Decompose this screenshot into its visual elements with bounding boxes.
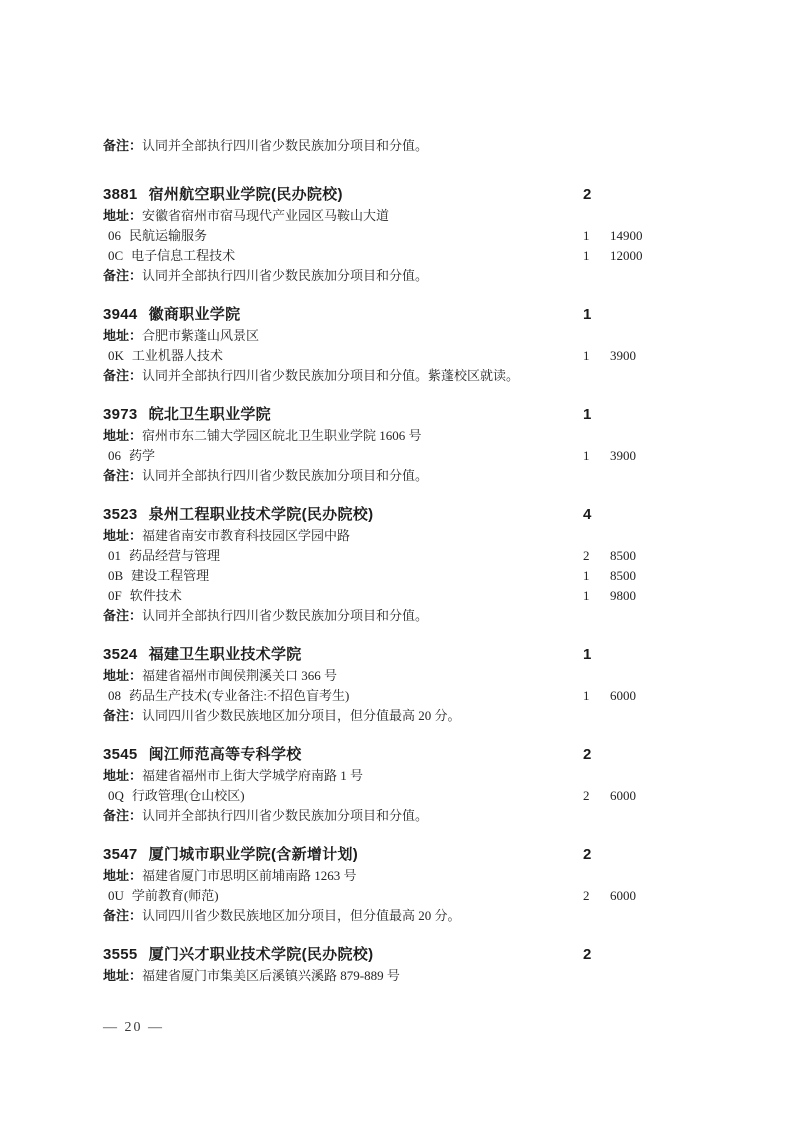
school-block-3547: 3547厦门城市职业学院(含新增计划) 2 地址：福建省厦门市思明区前埔南路 1… bbox=[0, 844, 794, 926]
school-code: 3547 bbox=[103, 846, 138, 863]
school-remark: 认同四川省少数民族地区加分项目，但分值最高 20 分。 bbox=[142, 908, 461, 923]
major-row: 0C电子信息工程技术 1 12000 bbox=[0, 246, 794, 266]
major-code: 0F bbox=[108, 588, 122, 603]
major-fee: 8500 bbox=[610, 546, 636, 566]
major-name: 药学 bbox=[129, 448, 155, 463]
remark-label: 备注： bbox=[103, 268, 142, 283]
major-fee: 6000 bbox=[610, 686, 636, 706]
school-remark: 认同并全部执行四川省少数民族加分项目和分值。 bbox=[142, 608, 428, 623]
school-remark-row: 备注：认同并全部执行四川省少数民族加分项目和分值。紫蓬校区就读。 bbox=[0, 366, 794, 386]
major-fee: 12000 bbox=[610, 246, 643, 266]
address-label: 地址： bbox=[103, 668, 142, 683]
remark-label: 备注： bbox=[103, 908, 142, 923]
major-fee: 9800 bbox=[610, 586, 636, 606]
school-address-row: 地址：福建省厦门市思明区前埔南路 1263 号 bbox=[0, 866, 794, 886]
address-label: 地址： bbox=[103, 968, 142, 983]
school-plan-count: 2 bbox=[583, 944, 592, 966]
address-label: 地址： bbox=[103, 208, 142, 223]
school-code: 3973 bbox=[103, 406, 138, 423]
major-code: 0C bbox=[108, 248, 123, 263]
school-block-3973: 3973皖北卫生职业学院 1 地址：宿州市东二铺大学园区皖北卫生职业学院 160… bbox=[0, 404, 794, 486]
school-code: 3944 bbox=[103, 306, 138, 323]
document-page: 备注：认同并全部执行四川省少数民族加分项目和分值。 3881宿州航空职业学院(民… bbox=[0, 0, 794, 1123]
major-count: 1 bbox=[583, 446, 590, 466]
school-plan-count: 1 bbox=[583, 404, 592, 426]
page-content: 备注：认同并全部执行四川省少数民族加分项目和分值。 3881宿州航空职业学院(民… bbox=[0, 136, 794, 986]
school-title-row: 3555厦门兴才职业技术学院(民办院校) 2 bbox=[0, 944, 794, 966]
major-row: 08药品生产技术(专业备注:不招色盲考生) 1 6000 bbox=[0, 686, 794, 706]
major-code: 08 bbox=[108, 688, 121, 703]
major-name: 药品生产技术(专业备注:不招色盲考生) bbox=[129, 688, 349, 703]
major-code: 0Q bbox=[108, 788, 124, 803]
major-name: 电子信息工程技术 bbox=[131, 248, 235, 263]
major-code: 0K bbox=[108, 348, 124, 363]
major-row: 0F软件技术 1 9800 bbox=[0, 586, 794, 606]
major-count: 1 bbox=[583, 686, 590, 706]
major-name: 软件技术 bbox=[130, 588, 182, 603]
school-remark: 认同四川省少数民族地区加分项目，但分值最高 20 分。 bbox=[142, 708, 461, 723]
major-row: 0U学前教育(师范) 2 6000 bbox=[0, 886, 794, 906]
school-plan-count: 4 bbox=[583, 504, 592, 526]
remark-label: 备注： bbox=[103, 708, 142, 723]
major-count: 2 bbox=[583, 546, 590, 566]
school-plan-count: 2 bbox=[583, 744, 592, 766]
school-address-row: 地址：福建省福州市上街大学城学府南路 1 号 bbox=[0, 766, 794, 786]
major-code: 06 bbox=[108, 448, 121, 463]
major-fee: 3900 bbox=[610, 346, 636, 366]
address-label: 地址： bbox=[103, 328, 142, 343]
school-title-row: 3944徽商职业学院 1 bbox=[0, 304, 794, 326]
school-address-row: 地址：福建省厦门市集美区后溪镇兴溪路 879-889 号 bbox=[0, 966, 794, 986]
major-code: 06 bbox=[108, 228, 121, 243]
carryover-remark-row: 备注：认同并全部执行四川省少数民族加分项目和分值。 bbox=[0, 136, 794, 156]
page-footer: — 20 — bbox=[103, 1020, 164, 1036]
major-code: 01 bbox=[108, 548, 121, 563]
major-name: 建设工程管理 bbox=[131, 568, 209, 583]
major-row: 06民航运输服务 1 14900 bbox=[0, 226, 794, 246]
school-plan-count: 2 bbox=[583, 844, 592, 866]
school-block-3524: 3524福建卫生职业技术学院 1 地址：福建省福州市闽侯荆溪关口 366 号 0… bbox=[0, 644, 794, 726]
major-count: 1 bbox=[583, 566, 590, 586]
school-name: 福建卫生职业技术学院 bbox=[149, 646, 302, 663]
school-name: 徽商职业学院 bbox=[149, 306, 241, 323]
major-name: 工业机器人技术 bbox=[132, 348, 223, 363]
major-count: 2 bbox=[583, 786, 590, 806]
major-count: 1 bbox=[583, 226, 590, 246]
school-remark-row: 备注：认同四川省少数民族地区加分项目，但分值最高 20 分。 bbox=[0, 706, 794, 726]
school-title-row: 3881宿州航空职业学院(民办院校) 2 bbox=[0, 184, 794, 206]
school-remark-row: 备注：认同并全部执行四川省少数民族加分项目和分值。 bbox=[0, 606, 794, 626]
school-code: 3555 bbox=[103, 946, 138, 963]
school-block-3555: 3555厦门兴才职业技术学院(民办院校) 2 地址：福建省厦门市集美区后溪镇兴溪… bbox=[0, 944, 794, 986]
school-remark: 认同并全部执行四川省少数民族加分项目和分值。 bbox=[142, 468, 428, 483]
school-code: 3881 bbox=[103, 186, 138, 203]
school-name: 皖北卫生职业学院 bbox=[149, 406, 271, 423]
remark-label: 备注： bbox=[103, 808, 142, 823]
address-label: 地址： bbox=[103, 768, 142, 783]
remark-label: 备注： bbox=[103, 468, 142, 483]
major-row: 0Q行政管理(仓山校区) 2 6000 bbox=[0, 786, 794, 806]
school-block-3944: 3944徽商职业学院 1 地址：合肥市紫蓬山风景区 0K工业机器人技术 1 39… bbox=[0, 304, 794, 386]
school-remark-row: 备注：认同并全部执行四川省少数民族加分项目和分值。 bbox=[0, 266, 794, 286]
school-address: 福建省厦门市集美区后溪镇兴溪路 879-889 号 bbox=[142, 968, 400, 983]
major-code: 0B bbox=[108, 568, 123, 583]
school-remark-row: 备注：认同四川省少数民族地区加分项目，但分值最高 20 分。 bbox=[0, 906, 794, 926]
major-row: 01药品经营与管理 2 8500 bbox=[0, 546, 794, 566]
school-address-row: 地址：福建省南安市教育科技园区学园中路 bbox=[0, 526, 794, 546]
major-fee: 14900 bbox=[610, 226, 643, 246]
school-remark: 认同并全部执行四川省少数民族加分项目和分值。 bbox=[142, 808, 428, 823]
school-block-3523: 3523泉州工程职业技术学院(民办院校) 4 地址：福建省南安市教育科技园区学园… bbox=[0, 504, 794, 626]
school-remark-row: 备注：认同并全部执行四川省少数民族加分项目和分值。 bbox=[0, 466, 794, 486]
address-label: 地址： bbox=[103, 528, 142, 543]
school-name: 厦门兴才职业技术学院(民办院校) bbox=[149, 946, 374, 963]
school-code: 3545 bbox=[103, 746, 138, 763]
school-remark-row: 备注：认同并全部执行四川省少数民族加分项目和分值。 bbox=[0, 806, 794, 826]
major-count: 2 bbox=[583, 886, 590, 906]
address-label: 地址： bbox=[103, 428, 142, 443]
major-name: 民航运输服务 bbox=[129, 228, 207, 243]
major-fee: 6000 bbox=[610, 786, 636, 806]
school-title-row: 3524福建卫生职业技术学院 1 bbox=[0, 644, 794, 666]
school-address-row: 地址：宿州市东二铺大学园区皖北卫生职业学院 1606 号 bbox=[0, 426, 794, 446]
major-name: 学前教育(师范) bbox=[132, 888, 219, 903]
school-address-row: 地址：安徽省宿州市宿马现代产业园区马鞍山大道 bbox=[0, 206, 794, 226]
major-code: 0U bbox=[108, 888, 124, 903]
major-name: 药品经营与管理 bbox=[129, 548, 220, 563]
major-row: 0B建设工程管理 1 8500 bbox=[0, 566, 794, 586]
school-title-row: 3523泉州工程职业技术学院(民办院校) 4 bbox=[0, 504, 794, 526]
school-address-row: 地址：福建省福州市闽侯荆溪关口 366 号 bbox=[0, 666, 794, 686]
major-row: 06药学 1 3900 bbox=[0, 446, 794, 466]
major-fee: 6000 bbox=[610, 886, 636, 906]
school-remark: 认同并全部执行四川省少数民族加分项目和分值。紫蓬校区就读。 bbox=[142, 368, 519, 383]
school-block-3545: 3545闽江师范高等专科学校 2 地址：福建省福州市上街大学城学府南路 1 号 … bbox=[0, 744, 794, 826]
school-plan-count: 1 bbox=[583, 304, 592, 326]
address-label: 地址： bbox=[103, 868, 142, 883]
school-plan-count: 1 bbox=[583, 644, 592, 666]
school-plan-count: 2 bbox=[583, 184, 592, 206]
major-row: 0K工业机器人技术 1 3900 bbox=[0, 346, 794, 366]
school-remark: 认同并全部执行四川省少数民族加分项目和分值。 bbox=[142, 138, 428, 153]
school-name: 宿州航空职业学院(民办院校) bbox=[149, 186, 343, 203]
school-name: 泉州工程职业技术学院(民办院校) bbox=[149, 506, 374, 523]
major-fee: 3900 bbox=[610, 446, 636, 466]
school-block-3881: 3881宿州航空职业学院(民办院校) 2 地址：安徽省宿州市宿马现代产业园区马鞍… bbox=[0, 184, 794, 286]
major-name: 行政管理(仓山校区) bbox=[132, 788, 245, 803]
school-remark: 认同并全部执行四川省少数民族加分项目和分值。 bbox=[142, 268, 428, 283]
school-address: 合肥市紫蓬山风景区 bbox=[142, 328, 259, 343]
school-title-row: 3547厦门城市职业学院(含新增计划) 2 bbox=[0, 844, 794, 866]
major-count: 1 bbox=[583, 246, 590, 266]
school-code: 3523 bbox=[103, 506, 138, 523]
school-title-row: 3973皖北卫生职业学院 1 bbox=[0, 404, 794, 426]
school-address: 宿州市东二铺大学园区皖北卫生职业学院 1606 号 bbox=[142, 428, 422, 443]
school-name: 闽江师范高等专科学校 bbox=[149, 746, 302, 763]
major-count: 1 bbox=[583, 346, 590, 366]
school-address: 安徽省宿州市宿马现代产业园区马鞍山大道 bbox=[142, 208, 389, 223]
major-fee: 8500 bbox=[610, 566, 636, 586]
page-number: — 20 — bbox=[103, 1020, 164, 1035]
school-name: 厦门城市职业学院(含新增计划) bbox=[149, 846, 359, 863]
remark-label: 备注： bbox=[103, 138, 142, 153]
school-code: 3524 bbox=[103, 646, 138, 663]
school-address: 福建省福州市上街大学城学府南路 1 号 bbox=[142, 768, 363, 783]
school-address: 福建省厦门市思明区前埔南路 1263 号 bbox=[142, 868, 357, 883]
remark-label: 备注： bbox=[103, 368, 142, 383]
school-title-row: 3545闽江师范高等专科学校 2 bbox=[0, 744, 794, 766]
school-address: 福建省南安市教育科技园区学园中路 bbox=[142, 528, 350, 543]
remark-label: 备注： bbox=[103, 608, 142, 623]
major-count: 1 bbox=[583, 586, 590, 606]
school-address-row: 地址：合肥市紫蓬山风景区 bbox=[0, 326, 794, 346]
school-address: 福建省福州市闽侯荆溪关口 366 号 bbox=[142, 668, 337, 683]
